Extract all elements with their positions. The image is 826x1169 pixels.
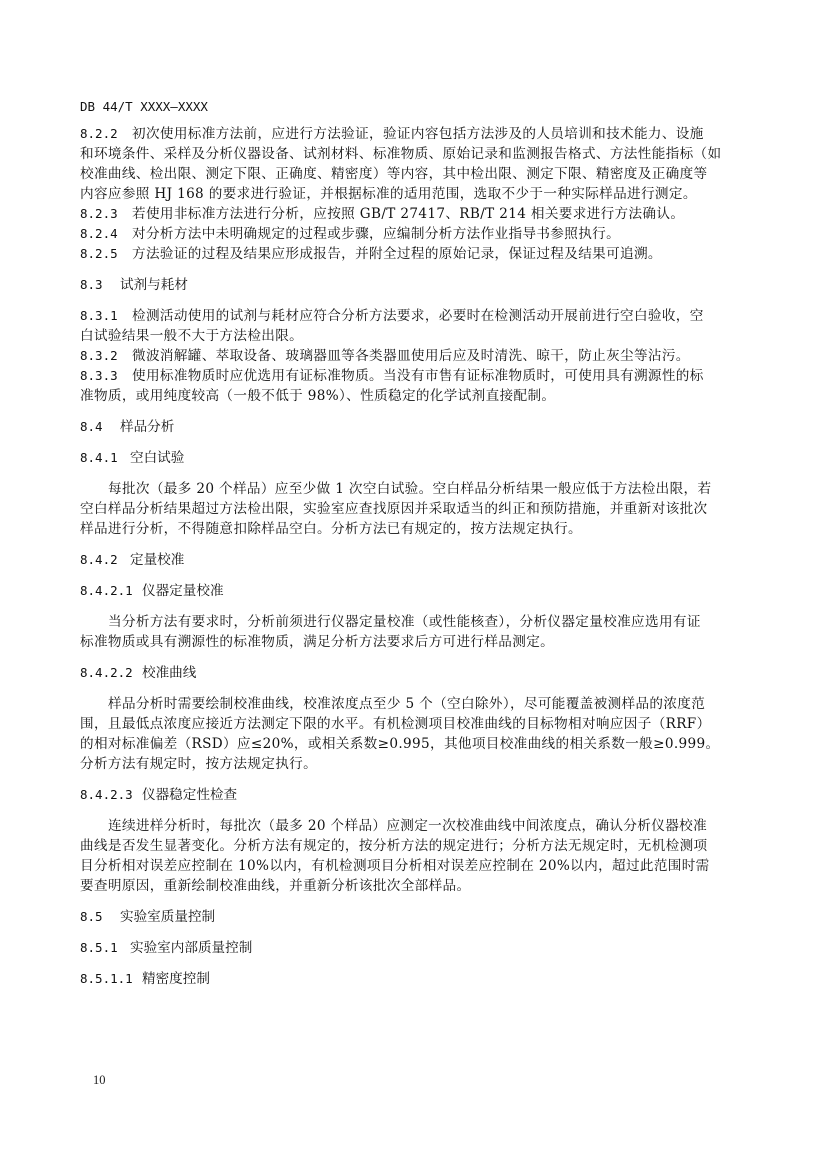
clause-line: 8.3.3使用标准物质时应优选用有证标准物质。当没有市售有证标准物质时，可使用具… [80, 366, 755, 386]
section-heading-8-3: 8.3试剂与耗材 [80, 275, 755, 295]
section-title: 试剂与耗材 [120, 277, 188, 293]
section-heading-8-4: 8.4样品分析 [80, 417, 755, 437]
clause-8-2-3: 8.2.3若使用非标准方法进行分析，应按照 GB/T 27417、RB/T 21… [80, 204, 755, 224]
section-number: 8.5.1.1 [80, 969, 142, 989]
clause-line: 8.3.1检测活动使用的试剂与耗材应符合分析方法要求，必要时在检测活动开展前进行… [80, 306, 755, 326]
section-heading-8-4-2: 8.4.2定量校准 [80, 550, 755, 570]
clause-text: 初次使用标准方法前，应进行方法验证，验证内容包括方法涉及的人员培训和技术能力、设… [132, 126, 704, 142]
standard-code-header: DB 44/T XXXX—XXXX [80, 99, 208, 114]
clause-number: 8.2.2 [80, 124, 132, 144]
section-number: 8.4.1 [80, 448, 130, 468]
clause-8-3-2: 8.3.2微波消解罐、萃取设备、玻璃器皿等各类器皿使用后应及时清洗、晾干，防止灰… [80, 346, 755, 366]
section-heading-8-5-1-1: 8.5.1.1精密度控制 [80, 969, 755, 989]
clause-8-2-4: 8.2.4对分析方法中未明确规定的过程或步骤，应编制分析方法作业指导书参照执行。 [80, 224, 755, 244]
section-number: 8.4.2.3 [80, 785, 142, 805]
paragraph-line: 当分析方法有要求时，分析前须进行仪器定量校准（或性能核查），分析仪器定量校准应选… [80, 612, 755, 632]
clause-8-2-2: 8.2.2初次使用标准方法前，应进行方法验证，验证内容包括方法涉及的人员培训和技… [80, 124, 755, 204]
paragraph-line: 分析方法有规定时，按方法规定执行。 [80, 754, 755, 774]
clause-text: 使用标准物质时应优选用有证标准物质。当没有市售有证标准物质时，可使用具有溯源性的… [132, 368, 704, 384]
clause-line: 内容应参照 HJ 168 的要求进行验证，并根据标准的适用范围，选取不少于一种实… [80, 184, 755, 204]
section-title: 样品分析 [120, 419, 174, 435]
paragraph-8-4-2-1: 当分析方法有要求时，分析前须进行仪器定量校准（或性能核查），分析仪器定量校准应选… [80, 612, 755, 652]
section-number: 8.5.1 [80, 938, 130, 958]
document-page: DB 44/T XXXX—XXXX 8.2.2初次使用标准方法前，应进行方法验证… [0, 0, 826, 1169]
section-title: 定量校准 [130, 552, 184, 568]
section-title: 空白试验 [130, 450, 184, 466]
section-title: 仪器稳定性检查 [142, 787, 237, 803]
clause-text: 若使用非标准方法进行分析，应按照 GB/T 27417、RB/T 214 相关要… [132, 206, 684, 222]
clause-8-2-5: 8.2.5方法验证的过程及结果应形成报告，并附全过程的原始记录，保证过程及结果可… [80, 244, 755, 264]
document-body: 8.2.2初次使用标准方法前，应进行方法验证，验证内容包括方法涉及的人员培训和技… [80, 124, 755, 989]
section-number: 8.4.2 [80, 550, 130, 570]
clause-8-3-3: 8.3.3使用标准物质时应优选用有证标准物质。当没有市售有证标准物质时，可使用具… [80, 366, 755, 406]
section-heading-8-4-2-3: 8.4.2.3仪器稳定性检查 [80, 785, 755, 805]
clause-line: 校准曲线、检出限、测定下限、正确度、精密度）等内容，其中检出限、测定下限、精密度… [80, 164, 755, 184]
paragraph-line: 每批次（最多 20 个样品）应至少做 1 次空白试验。空白样品分析结果一般应低于… [80, 479, 755, 499]
paragraph-line: 要查明原因，重新绘制校准曲线，并重新分析该批次全部样品。 [80, 876, 755, 896]
section-number: 8.5 [80, 907, 120, 927]
section-number: 8.4 [80, 417, 120, 437]
section-heading-8-4-2-2: 8.4.2.2校准曲线 [80, 663, 755, 683]
paragraph-line: 样品进行分析，不得随意扣除样品空白。分析方法已有规定的，按方法规定执行。 [80, 519, 755, 539]
section-heading-8-5: 8.5实验室质量控制 [80, 907, 755, 927]
section-heading-8-4-2-1: 8.4.2.1仪器定量校准 [80, 581, 755, 601]
section-heading-8-5-1: 8.5.1实验室内部质量控制 [80, 938, 755, 958]
paragraph-line: 空白样品分析结果超过方法检出限，实验室应查找原因并采取适当的纠正和预防措施，并重… [80, 499, 755, 519]
paragraph-line: 曲线是否发生显著变化。分析方法有规定的，按分析方法的规定进行；分析方法无规定时，… [80, 836, 755, 856]
clause-number: 8.3.3 [80, 366, 132, 386]
clause-8-3-1: 8.3.1检测活动使用的试剂与耗材应符合分析方法要求，必要时在检测活动开展前进行… [80, 306, 755, 346]
paragraph-8-4-2-3: 连续进样分析时，每批次（最多 20 个样品）应测定一次校准曲线中间浓度点，确认分… [80, 816, 755, 896]
paragraph-line: 目分析相对误差应控制在 10%以内，有机检测项目分析相对误差应控制在 20%以内… [80, 856, 755, 876]
clause-number: 8.2.5 [80, 244, 132, 264]
paragraph-line: 连续进样分析时，每批次（最多 20 个样品）应测定一次校准曲线中间浓度点，确认分… [80, 816, 755, 836]
clause-text: 对分析方法中未明确规定的过程或步骤，应编制分析方法作业指导书参照执行。 [132, 226, 620, 242]
clause-line: 准物质，或用纯度较高（一般不低于 98%）、性质稳定的化学试剂直接配制。 [80, 386, 755, 406]
clause-text: 微波消解罐、萃取设备、玻璃器皿等各类器皿使用后应及时清洗、晾干，防止灰尘等沾污。 [132, 348, 690, 364]
paragraph-line: 样品分析时需要绘制校准曲线，校准浓度点至少 5 个（空白除外），尽可能覆盖被测样… [80, 694, 755, 714]
section-heading-8-4-1: 8.4.1空白试验 [80, 448, 755, 468]
clause-text: 检测活动使用的试剂与耗材应符合分析方法要求，必要时在检测活动开展前进行空白验收，… [132, 308, 704, 324]
clause-text: 方法验证的过程及结果应形成报告，并附全过程的原始记录，保证过程及结果可追溯。 [132, 246, 662, 262]
section-number: 8.4.2.2 [80, 663, 142, 683]
page-number: 10 [93, 1073, 106, 1088]
section-title: 校准曲线 [142, 665, 196, 681]
clause-line: 和环境条件、采样及分析仪器设备、试剂材料、标准物质、原始记录和监测报告格式、方法… [80, 144, 755, 164]
section-title: 仪器定量校准 [142, 583, 224, 599]
paragraph-line: 标准物质或具有溯源性的标准物质，满足分析方法要求后方可进行样品测定。 [80, 632, 755, 652]
paragraph-8-4-1: 每批次（最多 20 个样品）应至少做 1 次空白试验。空白样品分析结果一般应低于… [80, 479, 755, 539]
paragraph-line: 的相对标准偏差（RSD）应≤20%，或相关系数≥0.995，其他项目校准曲线的相… [80, 734, 755, 754]
clause-line: 8.2.2初次使用标准方法前，应进行方法验证，验证内容包括方法涉及的人员培训和技… [80, 124, 755, 144]
section-number: 8.4.2.1 [80, 581, 142, 601]
section-title: 实验室内部质量控制 [130, 940, 252, 956]
paragraph-8-4-2-2: 样品分析时需要绘制校准曲线，校准浓度点至少 5 个（空白除外），尽可能覆盖被测样… [80, 694, 755, 774]
clause-number: 8.2.4 [80, 224, 132, 244]
clause-line: 白试验结果一般不大于方法检出限。 [80, 326, 755, 346]
section-title: 精密度控制 [142, 971, 210, 987]
section-number: 8.3 [80, 275, 120, 295]
clause-number: 8.3.2 [80, 346, 132, 366]
clause-number: 8.3.1 [80, 306, 132, 326]
clause-number: 8.2.3 [80, 204, 132, 224]
section-title: 实验室质量控制 [120, 909, 215, 925]
paragraph-line: 围，且最低点浓度应接近方法测定下限的水平。有机检测项目校准曲线的目标物相对响应因… [80, 714, 755, 734]
